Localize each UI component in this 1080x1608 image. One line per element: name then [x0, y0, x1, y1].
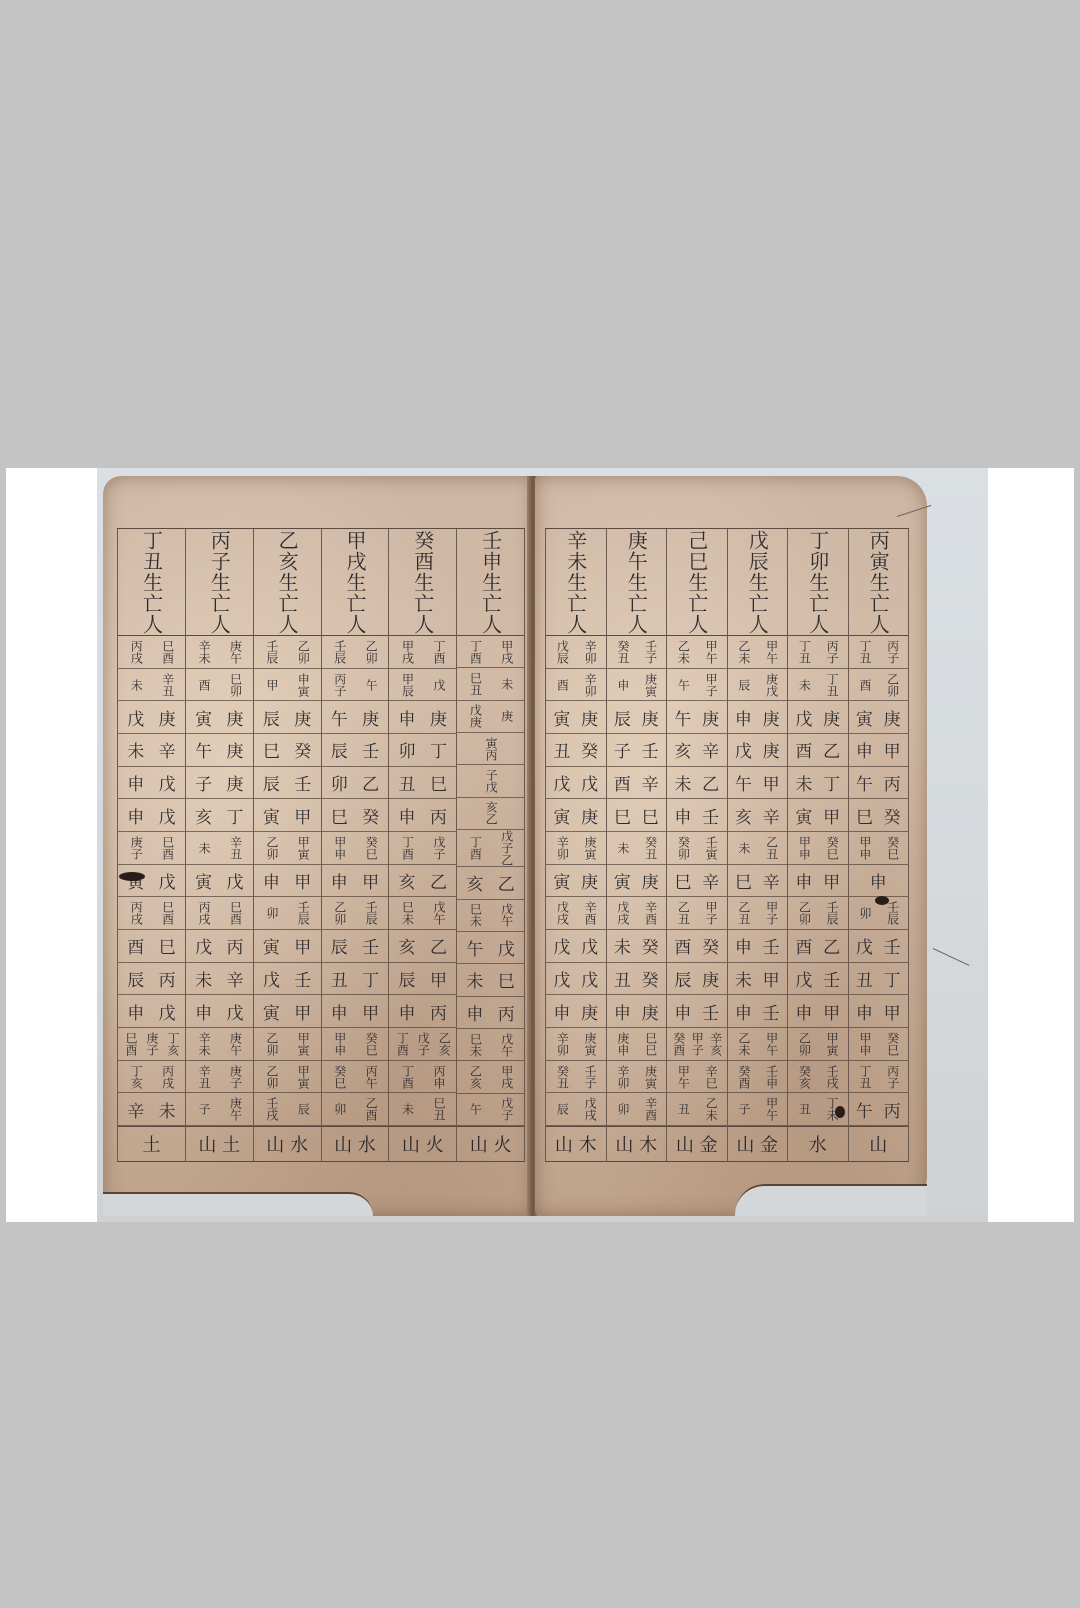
cell-text: 戊 — [226, 999, 243, 1024]
table-column: 壬申生亡人丁酉甲戌巳丑未戊庚庚寅丙子戊亥乙丁酉戊子乙亥乙巳未戊午午戊未巳申丙巳未… — [456, 529, 525, 1161]
table-cell: 寅戊 — [118, 865, 185, 898]
cell-text: 戊戌 — [555, 901, 568, 925]
cell-text: 甲 — [265, 679, 278, 691]
cell-text: 丁酉 — [468, 640, 481, 664]
cell-text: 未 — [795, 770, 812, 795]
cell-text: 壬子 — [644, 640, 657, 664]
table-cell: 甲午辛巳 — [667, 1061, 727, 1094]
cell-text: 丙 — [159, 966, 176, 991]
table-cell: 申庚 — [728, 701, 788, 734]
cell-text: 申 — [735, 933, 752, 958]
table-cell: 巳癸 — [322, 799, 389, 832]
cell-text: 乙未 — [676, 640, 689, 664]
cell-text: 甲 — [362, 999, 379, 1024]
cell-text: 丁酉 — [432, 640, 445, 664]
cell-text: 巳酉 — [161, 836, 174, 860]
table-cell: 戊庚 — [118, 701, 185, 734]
cell-text: 酉 — [555, 679, 568, 691]
cell-text: 辰 — [127, 966, 144, 991]
cell-text: 午 — [466, 935, 483, 960]
cell-text: 癸巳 — [886, 1032, 899, 1056]
table-cell: 戊辰辛卯 — [546, 636, 606, 669]
cell-text: 丑 — [331, 966, 348, 991]
cell-text: 酉 — [614, 770, 631, 795]
table-cell: 亥乙 — [457, 798, 524, 830]
cell-text: 子 — [737, 1103, 750, 1115]
table-cell: 辛卯庚寅 — [546, 1028, 606, 1061]
table-cell: 未乙 — [667, 767, 727, 800]
table-cell: 戊壬 — [254, 963, 321, 996]
column-footer: 土 — [118, 1126, 185, 1161]
column-header: 丁卯生亡人 — [788, 529, 848, 636]
table-cell: 申甲 — [788, 995, 848, 1028]
cell-text: 辰 — [296, 1103, 309, 1115]
cell-text: 庚午 — [228, 1032, 241, 1056]
cell-text: 戊 — [159, 803, 176, 828]
table-cell: 寅丙 — [457, 733, 524, 765]
cell-text: 庚 — [226, 705, 243, 730]
table-cell: 寅庚 — [546, 799, 606, 832]
cell-text: 辛巳 — [704, 1065, 717, 1089]
cell-text: 戊 — [498, 935, 515, 960]
cell-text: 申 — [614, 999, 631, 1024]
cell-text: 庚子 — [129, 836, 142, 860]
table-cell: 丁丑丙子 — [849, 636, 909, 669]
cell-text: 甲寅 — [296, 1065, 309, 1089]
column-header: 丙子生亡人 — [186, 529, 253, 636]
cell-text: 癸 — [642, 933, 659, 958]
cell-text: 辛丑 — [161, 673, 174, 697]
cell-text: 丙 — [430, 999, 447, 1024]
table-cell: 丁酉戊子乙 — [457, 830, 524, 867]
table-cell: 申甲 — [322, 865, 389, 898]
cell-text: 午 — [468, 1103, 481, 1115]
cell-text: 戊 — [795, 705, 812, 730]
cell-text: 甲申 — [797, 836, 810, 860]
table-cell: 亥辛 — [728, 799, 788, 832]
table-cell: 酉辛卯 — [546, 669, 606, 702]
cell-text: 戊 — [856, 933, 873, 958]
right-page-table: 丙寅生亡人丁丑丙子酉乙卯寅庚申甲午丙巳癸甲申癸巳申卯壬辰戊壬丑丁申甲甲申癸巳丁丑… — [545, 528, 909, 1162]
table-cell: 辛卯庚寅 — [607, 1061, 667, 1094]
table-cell: 癸丑壬子 — [546, 1061, 606, 1094]
table-cell: 乙卯壬辰 — [322, 897, 389, 930]
table-cell: 亥乙 — [389, 930, 456, 963]
table-cell: 申甲 — [849, 734, 909, 767]
cell-text: 庚 — [884, 705, 901, 730]
cell-text: 庚 — [763, 737, 780, 762]
table-cell: 未巳 — [457, 964, 524, 996]
cell-text: 庚 — [823, 705, 840, 730]
table-cell: 戊戊 — [546, 767, 606, 800]
table-cell: 申 — [849, 865, 909, 898]
table-cell: 巳癸 — [254, 734, 321, 767]
cell-text: 庚 — [763, 705, 780, 730]
cell-text: 午 — [676, 679, 689, 691]
cell-text: 辛 — [763, 803, 780, 828]
table-cell: 壬辰乙卯 — [322, 636, 389, 669]
cell-text: 甲午 — [765, 1032, 778, 1056]
table-cell: 卯辛酉 — [607, 1093, 667, 1126]
cell-text: 庚 — [642, 868, 659, 893]
cell-text: 丑 — [797, 1103, 810, 1115]
cell-text: 巳卯 — [228, 673, 241, 697]
cell-text: 戊辰 — [555, 640, 568, 664]
cell-text: 寅丙 — [484, 737, 497, 761]
loose-thread — [933, 948, 970, 966]
cell-text: 戊 — [735, 737, 752, 762]
cell-text: 未 — [614, 933, 631, 958]
cell-text: 寅 — [553, 705, 570, 730]
cell-text: 甲子 — [704, 673, 717, 697]
cell-text: 乙卯 — [797, 1032, 810, 1056]
table-cell: 乙卯甲寅 — [254, 832, 321, 865]
cell-text: 辛卯 — [555, 1032, 568, 1056]
cell-text: 庚 — [702, 705, 719, 730]
cell-text: 巳酉 — [161, 640, 174, 664]
cell-text: 壬 — [294, 966, 311, 991]
table-cell: 辰庚戊 — [728, 669, 788, 702]
cell-text: 甲申 — [333, 1032, 346, 1056]
cell-text: 巳未 — [401, 901, 414, 925]
column-footer: 山 土 — [186, 1126, 253, 1161]
table-column: 庚午生亡人癸丑壬子申庚寅辰庚子壬酉辛巳巳未癸丑寅庚戊戌辛酉未癸丑癸申庚庚申巳巳辛… — [606, 529, 667, 1161]
ink-stain — [835, 1106, 845, 1118]
table-cell: 申壬 — [667, 995, 727, 1028]
cell-text: 甲 — [294, 999, 311, 1024]
table-column: 丁卯生亡人丁丑丙子未丁丑戊庚酉乙未丁寅甲甲申癸巳申甲乙卯壬辰酉乙戊壬申甲乙卯甲寅… — [787, 529, 848, 1161]
cell-text: 辰 — [263, 705, 280, 730]
table-cell: 申甲 — [849, 995, 909, 1028]
table-cell: 丑乙未 — [667, 1093, 727, 1126]
cell-text: 丁丑 — [825, 673, 838, 697]
cell-text: 癸巳 — [364, 836, 377, 860]
cell-text: 乙 — [498, 870, 515, 895]
column-header: 戊辰生亡人 — [728, 529, 788, 636]
cell-text: 庚午 — [228, 1097, 241, 1121]
cell-text: 甲午 — [704, 640, 717, 664]
cell-text: 申 — [616, 679, 629, 691]
cell-text: 辛未 — [197, 1032, 210, 1056]
cell-text: 甲 — [823, 803, 840, 828]
cell-text: 癸丑 — [555, 1065, 568, 1089]
table-cell: 丁酉丙申 — [389, 1061, 456, 1094]
cell-text: 甲 — [763, 966, 780, 991]
cell-text: 申 — [795, 999, 812, 1024]
cell-text: 甲寅 — [296, 1032, 309, 1056]
table-cell: 癸丑壬子 — [607, 636, 667, 669]
table-cell: 戊戊 — [546, 930, 606, 963]
table-cell: 亥乙 — [457, 867, 524, 899]
cell-text: 戊 — [263, 966, 280, 991]
cell-text: 乙卯 — [296, 640, 309, 664]
cell-text: 辰 — [263, 770, 280, 795]
cell-text: 庚 — [642, 999, 659, 1024]
table-cell: 巳未戊午 — [389, 897, 456, 930]
cell-text: 甲申 — [858, 836, 871, 860]
cell-text: 申 — [674, 999, 691, 1024]
cell-text: 辰 — [674, 966, 691, 991]
cell-text: 戊 — [226, 868, 243, 893]
cell-text: 乙 — [430, 933, 447, 958]
cell-text: 辛丑 — [197, 1065, 210, 1089]
table-cell: 戊戌辛酉 — [607, 897, 667, 930]
table-cell: 巳酉庚子丁亥 — [118, 1028, 185, 1061]
column-footer: 山 金 — [667, 1126, 727, 1161]
table-cell: 辰丙 — [118, 963, 185, 996]
cell-text: 未 — [797, 679, 810, 691]
cell-text: 甲子 — [690, 1032, 703, 1056]
cell-text: 午 — [735, 770, 752, 795]
cell-text: 乙丑 — [737, 901, 750, 925]
cell-text: 申 — [735, 705, 752, 730]
cell-text: 未 — [197, 842, 210, 854]
table-cell: 未巳丑 — [389, 1093, 456, 1126]
table-cell: 酉辛 — [607, 767, 667, 800]
cell-text: 申 — [856, 999, 873, 1024]
cell-text: 巳酉 — [228, 901, 241, 925]
cell-text: 子 — [197, 1103, 210, 1115]
table-cell: 申戊 — [118, 767, 185, 800]
cell-text: 辛 — [226, 966, 243, 991]
cell-text: 丁 — [884, 966, 901, 991]
cell-text: 寅 — [263, 999, 280, 1024]
cell-text: 庚 — [159, 705, 176, 730]
cell-text: 乙卯 — [265, 1065, 278, 1089]
table-cell: 午庚 — [322, 701, 389, 734]
cell-text: 辛丑 — [228, 836, 241, 860]
table-cell: 卯乙酉 — [322, 1093, 389, 1126]
cell-text: 巳 — [614, 803, 631, 828]
table-cell: 丑癸 — [607, 963, 667, 996]
table-cell: 戊戊 — [546, 963, 606, 996]
table-cell: 申戊 — [118, 995, 185, 1028]
cell-text: 乙卯 — [886, 673, 899, 697]
cell-text: 庚 — [642, 705, 659, 730]
table-cell: 戊庚 — [788, 701, 848, 734]
table-column: 乙亥生亡人壬辰乙卯甲申寅辰庚巳癸辰壬寅甲乙卯甲寅申甲卯壬辰寅甲戊壬寅甲乙卯甲寅乙… — [253, 529, 321, 1161]
cell-text: 甲 — [362, 868, 379, 893]
table-cell: 酉乙卯 — [849, 669, 909, 702]
table-column: 己巳生亡人乙未甲午午甲子午庚亥辛未乙申壬癸卯壬寅巳辛乙丑甲子酉癸辰庚申壬癸酉甲子… — [666, 529, 727, 1161]
table-cell: 卯丁 — [389, 734, 456, 767]
cell-text: 壬戌 — [265, 1097, 278, 1121]
table-cell: 辰庚 — [667, 963, 727, 996]
table-cell: 未甲 — [728, 963, 788, 996]
cell-text: 癸 — [642, 966, 659, 991]
cell-text: 壬申 — [765, 1065, 778, 1089]
table-cell: 亥辛 — [667, 734, 727, 767]
cell-text: 壬辰 — [296, 901, 309, 925]
cell-text: 丑 — [399, 770, 416, 795]
cell-text: 戊 — [127, 705, 144, 730]
column-header: 丁丑生亡人 — [118, 529, 185, 636]
table-cell: 辰庚 — [254, 701, 321, 734]
cell-text: 丙戌 — [161, 1065, 174, 1089]
table-cell: 寅庚 — [607, 865, 667, 898]
table-cell: 子戊 — [457, 765, 524, 797]
cell-text: 丙申 — [432, 1065, 445, 1089]
cell-text: 甲 — [884, 737, 901, 762]
cell-text: 庚 — [581, 705, 598, 730]
cell-text: 丙 — [884, 770, 901, 795]
table-cell: 巳丑未 — [457, 668, 524, 700]
cell-text: 丁酉 — [401, 1065, 414, 1089]
cell-text: 甲 — [884, 999, 901, 1024]
cell-text: 丁酉 — [468, 836, 481, 860]
cell-text: 辛酉 — [583, 901, 596, 925]
cell-text: 午 — [856, 1097, 873, 1122]
table-cell: 乙未甲午 — [667, 636, 727, 669]
table-cell: 辰庚 — [607, 701, 667, 734]
cell-text: 子戊 — [484, 769, 497, 793]
cell-text: 未 — [737, 842, 750, 854]
cell-text: 甲 — [823, 999, 840, 1024]
cell-text: 壬寅 — [704, 836, 717, 860]
cell-text: 申 — [399, 705, 416, 730]
cell-text: 甲 — [763, 770, 780, 795]
table-cell: 酉巳卯 — [186, 669, 253, 702]
cell-text: 甲寅 — [825, 1032, 838, 1056]
cell-text: 乙丑 — [676, 901, 689, 925]
table-cell: 丑癸 — [546, 734, 606, 767]
table-cell: 寅甲 — [254, 930, 321, 963]
cell-text: 申 — [127, 999, 144, 1024]
table-cell: 巳辛 — [728, 865, 788, 898]
cell-text: 卯 — [333, 1103, 346, 1115]
cell-text: 未 — [500, 678, 513, 690]
table-cell: 乙未甲午 — [728, 636, 788, 669]
cell-text: 寅 — [553, 803, 570, 828]
cell-text: 申 — [263, 868, 280, 893]
table-cell: 未乙丑 — [728, 832, 788, 865]
table-cell: 寅庚 — [849, 701, 909, 734]
cell-text: 亥 — [399, 933, 416, 958]
cell-text: 乙亥 — [437, 1032, 450, 1056]
cell-text: 辛酉 — [644, 1097, 657, 1121]
cell-text: 辰 — [331, 737, 348, 762]
cell-text: 亥 — [735, 803, 752, 828]
cell-text: 壬辰 — [364, 901, 377, 925]
table-cell: 申庚寅 — [607, 669, 667, 702]
torn-edge — [103, 1192, 373, 1216]
cell-text: 未 — [159, 1097, 176, 1122]
cell-text: 甲戌 — [500, 640, 513, 664]
cell-text: 戊庚 — [468, 704, 481, 728]
cell-text: 甲 — [294, 868, 311, 893]
cell-text: 辰 — [737, 679, 750, 691]
cell-text: 酉 — [795, 933, 812, 958]
cell-text: 庚 — [294, 705, 311, 730]
table-cell: 戊丙 — [186, 930, 253, 963]
cell-text: 戊子 — [432, 836, 445, 860]
cell-text: 庚 — [362, 705, 379, 730]
table-cell: 申戊 — [186, 995, 253, 1028]
cell-text: 辛 — [702, 737, 719, 762]
cell-text: 辛卯 — [616, 1065, 629, 1089]
table-cell: 申壬 — [728, 995, 788, 1028]
cell-text: 戊 — [159, 999, 176, 1024]
cell-text: 戊午 — [500, 903, 513, 927]
cell-text: 辛未 — [197, 640, 210, 664]
table-cell: 戊壬 — [849, 930, 909, 963]
cell-text: 卯 — [331, 770, 348, 795]
table-cell: 辰壬 — [322, 734, 389, 767]
cell-text: 丑 — [553, 737, 570, 762]
cell-text: 巳巳 — [644, 1032, 657, 1056]
cell-text: 乙卯 — [265, 836, 278, 860]
cell-text: 丁酉 — [395, 1032, 408, 1056]
cell-text: 未 — [616, 842, 629, 854]
cell-text: 卯 — [616, 1103, 629, 1115]
cell-text: 戊 — [159, 868, 176, 893]
cell-text: 辰 — [331, 933, 348, 958]
cell-text: 乙未 — [737, 1032, 750, 1056]
cell-text: 酉 — [795, 737, 812, 762]
cell-text: 申 — [127, 770, 144, 795]
table-cell: 癸卯壬寅 — [667, 832, 727, 865]
cell-text: 癸 — [884, 803, 901, 828]
cell-text: 巳 — [735, 868, 752, 893]
cell-text: 庚寅 — [583, 836, 596, 860]
cell-text: 甲 — [430, 966, 447, 991]
table-cell: 酉乙 — [788, 734, 848, 767]
table-cell: 甲申寅 — [254, 669, 321, 702]
table-cell: 未丁丑 — [788, 669, 848, 702]
cell-text: 庚 — [430, 705, 447, 730]
cell-text: 庚寅 — [583, 1032, 596, 1056]
cell-text: 未 — [401, 1103, 414, 1115]
column-footer: 山 火 — [389, 1126, 456, 1161]
table-cell: 甲申癸巳 — [322, 1028, 389, 1061]
cell-text: 巳丑 — [468, 672, 481, 696]
cell-text: 卯 — [399, 737, 416, 762]
cell-text: 戊 — [581, 933, 598, 958]
table-column: 丙子生亡人辛未庚午酉巳卯寅庚午庚子庚亥丁未辛丑寅戊丙戌巳酉戊丙未辛申戊辛未庚午辛… — [185, 529, 253, 1161]
cell-text: 乙 — [702, 770, 719, 795]
table-cell: 乙卯甲寅 — [788, 1028, 848, 1061]
cell-text: 寅 — [614, 868, 631, 893]
table-cell: 乙卯甲寅 — [254, 1061, 321, 1094]
cell-text: 乙未 — [737, 640, 750, 664]
cell-text: 庚寅 — [644, 1065, 657, 1089]
cell-text: 辛 — [702, 868, 719, 893]
cell-text: 未 — [466, 967, 483, 992]
table-cell: 癸酉壬申 — [728, 1061, 788, 1094]
cell-text: 巳 — [856, 803, 873, 828]
cell-text: 庚寅 — [644, 673, 657, 697]
table-cell: 乙丑甲子 — [667, 897, 727, 930]
cell-text: 申 — [553, 999, 570, 1024]
cell-text: 癸丑 — [616, 640, 629, 664]
cell-text: 壬辰 — [265, 640, 278, 664]
column-header: 丙寅生亡人 — [849, 529, 909, 636]
cell-text: 丁 — [823, 770, 840, 795]
table-cell: 巳癸 — [849, 799, 909, 832]
cell-text: 壬 — [362, 933, 379, 958]
table-cell: 乙卯壬辰 — [788, 897, 848, 930]
table-cell: 辛丑庚子 — [186, 1061, 253, 1094]
cell-text: 癸 — [294, 737, 311, 762]
cell-text: 丙子 — [333, 673, 346, 697]
table-cell: 乙未甲午 — [728, 1028, 788, 1061]
left-page: 壬申生亡人丁酉甲戌巳丑未戊庚庚寅丙子戊亥乙丁酉戊子乙亥乙巳未戊午午戊未巳申丙巳未… — [103, 476, 533, 1216]
cell-text: 癸 — [581, 737, 598, 762]
table-cell: 寅庚 — [546, 701, 606, 734]
cell-text: 壬 — [763, 933, 780, 958]
table-cell: 乙丑甲子 — [728, 897, 788, 930]
cell-text: 庚 — [702, 966, 719, 991]
